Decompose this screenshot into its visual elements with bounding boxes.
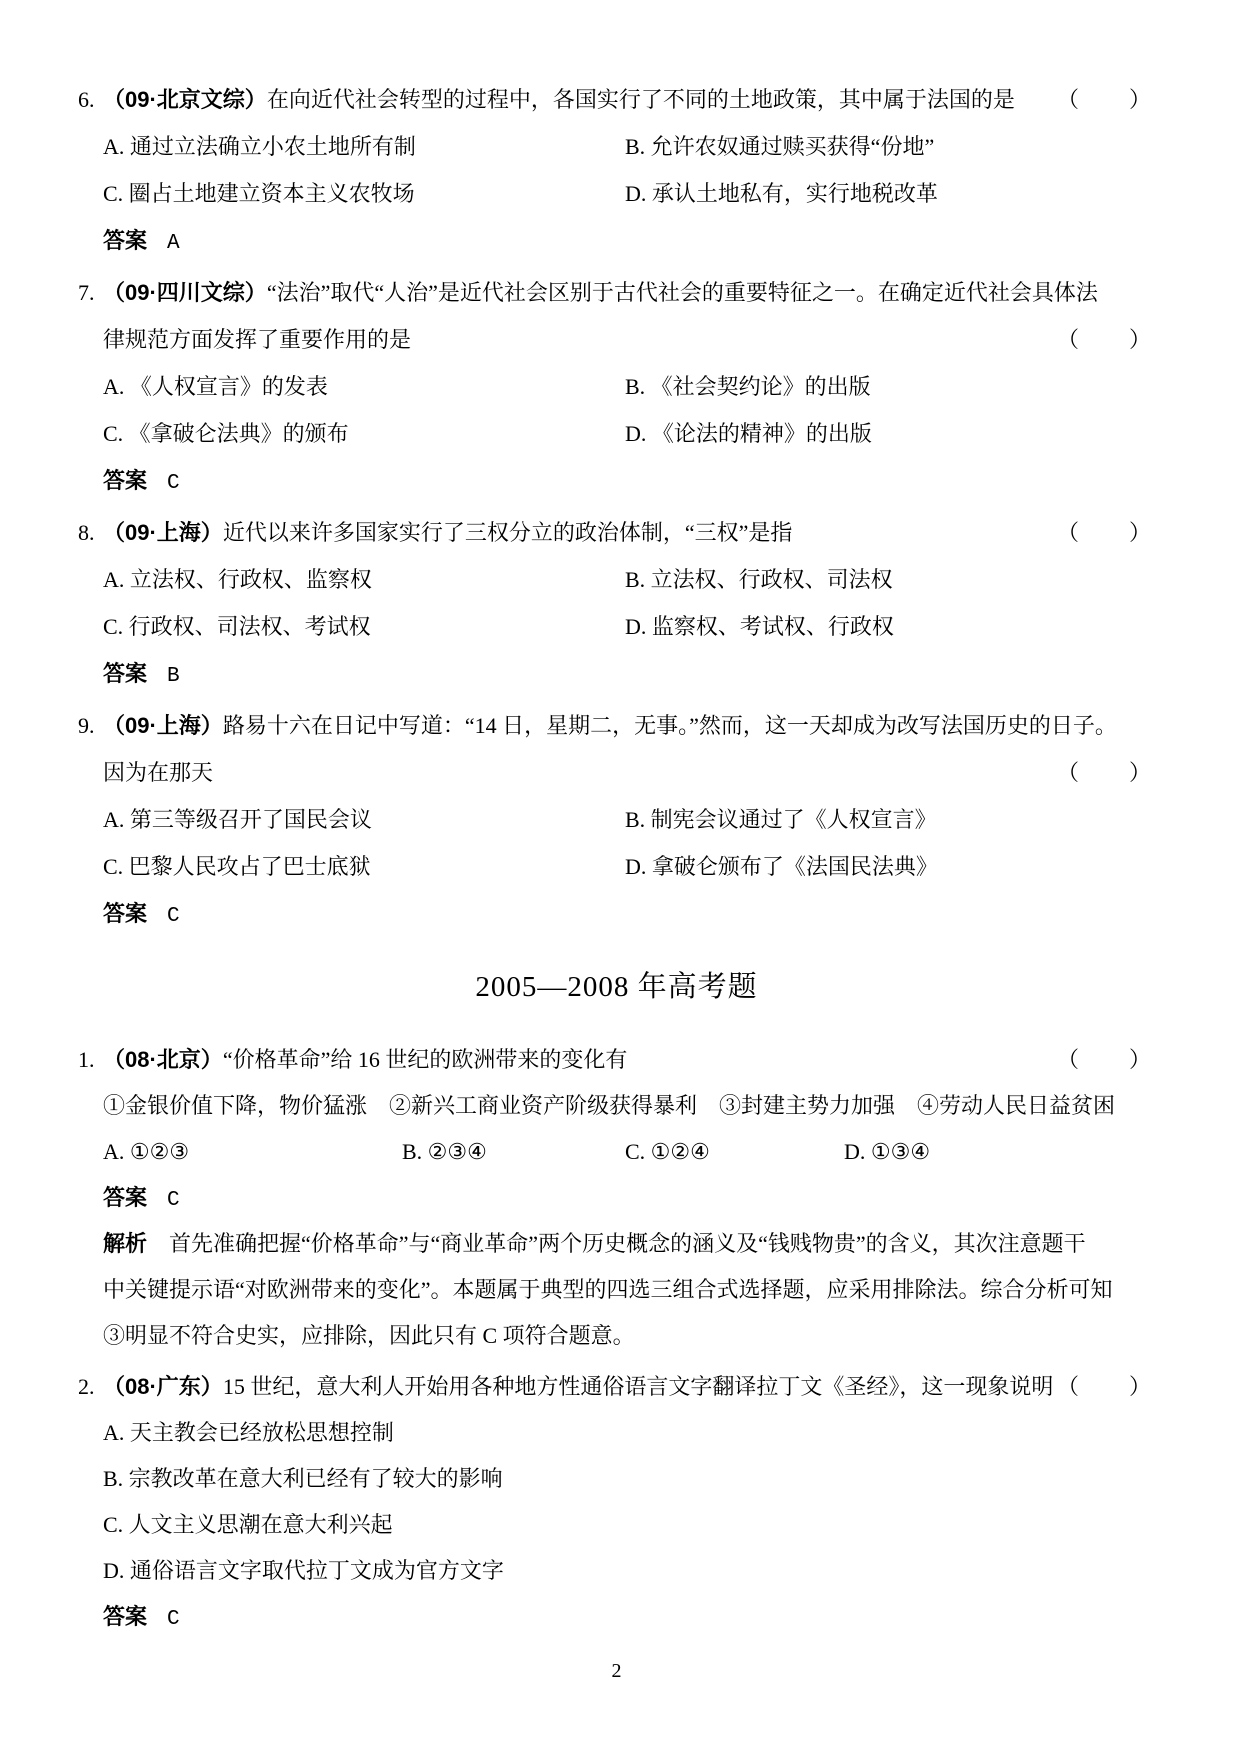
question-9-options-ab: A. 第三等级召开了国民会议B. 制宪会议通过了《人权宣言》 [103,796,1155,843]
answer-bracket: （ ） [1057,749,1153,796]
page-number: 2 [78,1656,1155,1686]
question-2: 2.（08·广东）15 世纪，意大利人开始用各种地方性通俗语言文字翻译拉丁文《圣… [78,1364,1155,1640]
option-a: A. 第三等级召开了国民会议 [103,796,625,843]
question-7: 7.（09·四川文综）“法治”取代“人治”是近代社会区别于古代社会的重要特征之一… [78,269,1155,504]
question-1-options-row: A. ①②③B. ②③④C. ①②④D. ①③④ [103,1129,1155,1175]
question-6: 6.（09·北京文综）在向近代社会转型的过程中，各国实行了不同的土地政策，其中属… [78,76,1155,264]
answer-bracket: （ ） [1057,76,1153,123]
question-1: 1.（08·北京）“价格革命”给 16 世纪的欧洲带来的变化有 （ ） ①金银价… [78,1037,1155,1359]
question-8: 8.（09·上海）近代以来许多国家实行了三权分立的政治体制，“三权”是指 （ ）… [78,509,1155,697]
option-d: D. 通俗语言文字取代拉丁文成为官方文字 [103,1558,504,1583]
answer-label: 答案 [103,1604,147,1629]
section-title: 2005—2008 年高考题 [78,937,1155,1037]
question-source: （09·上海） [103,520,223,545]
option-d: D. 《论法的精神》的出版 [625,421,872,446]
question-source: （09·上海） [103,713,223,738]
answer-bracket: （ ） [1057,1364,1153,1410]
question-9-answer-row: 答案C [103,890,1155,937]
question-stem: 在向近代社会转型的过程中，各国实行了不同的土地政策，其中属于法国的是 [267,87,1015,112]
question-9-options-cd: C. 巴黎人民攻占了巴士底狱D. 拿破仑颁布了《法国民法典》 [103,843,1155,890]
question-6-answer-row: 答案A [103,217,1155,264]
answer-value: B [167,665,180,688]
option-c: C. 圈占土地建立资本主义农牧场 [103,170,625,217]
answer-bracket: （ ） [1057,316,1153,363]
question-7-stem-row-1: 7.（09·四川文综）“法治”取代“人治”是近代社会区别于古代社会的重要特征之一… [78,269,1155,316]
analysis-text: 首先准确把握“价格革命”与“商业革命”两个历史概念的涵义及“钱贱物贵”的含义，其… [169,1231,1086,1256]
question-number: 1. [78,1037,103,1083]
option-a: A. 天主教会已经放松思想控制 [103,1420,394,1445]
option-b: B. 《社会契约论》的出版 [625,374,871,399]
question-2-option-b-row: B. 宗教改革在意大利已经有了较大的影响 [103,1456,1155,1502]
option-a: A. 《人权宣言》的发表 [103,363,625,410]
question-number: 2. [78,1364,103,1410]
question-stem-continued: 因为在那天 [103,760,213,785]
answer-value: C [167,905,180,928]
answer-value: A [167,232,180,255]
question-stem: “法治”取代“人治”是近代社会区别于古代社会的重要特征之一。在确定近代社会具体法 [267,280,1098,305]
question-2-option-d-row: D. 通俗语言文字取代拉丁文成为官方文字 [103,1548,1155,1594]
option-b: B. 制宪会议通过了《人权宣言》 [625,807,937,832]
option-d: D. ①③④ [844,1139,930,1164]
question-9-stem-row-1: 9.（09·上海）路易十六在日记中写道：“14 日，星期二，无事。”然而，这一天… [78,702,1155,749]
question-7-options-ab: A. 《人权宣言》的发表B. 《社会契约论》的出版 [103,363,1155,410]
question-2-answer-row: 答案C [103,1594,1155,1640]
question-9: 9.（09·上海）路易十六在日记中写道：“14 日，星期二，无事。”然而，这一天… [78,702,1155,937]
analysis-label: 解析 [103,1231,147,1256]
question-number: 6. [78,76,103,123]
question-6-options-cd: C. 圈占土地建立资本主义农牧场D. 承认土地私有，实行地税改革 [103,170,1155,217]
option-b: B. ②③④ [402,1129,625,1175]
question-1-numbered-items: ①金银价值下降，物价猛涨 ②新兴工商业资产阶级获得暴利 ③封建主势力加强 ④劳动… [103,1083,1155,1129]
question-1-answer-row: 答案C [103,1175,1155,1221]
question-7-options-cd: C. 《拿破仑法典》的颁布D. 《论法的精神》的出版 [103,410,1155,457]
question-number: 7. [78,269,103,316]
option-b: B. 宗教改革在意大利已经有了较大的影响 [103,1466,503,1491]
option-c: C. ①②④ [625,1129,844,1175]
section-2005-2008: 1.（08·北京）“价格革命”给 16 世纪的欧洲带来的变化有 （ ） ①金银价… [78,1037,1155,1640]
question-6-stem-row: 6.（09·北京文综）在向近代社会转型的过程中，各国实行了不同的土地政策，其中属… [78,76,1155,123]
question-stem-continued: 律规范方面发挥了重要作用的是 [103,327,411,352]
question-9-stem-row-2: 因为在那天 （ ） [103,749,1155,796]
question-1-analysis-row-2: 中关键提示语“对欧洲带来的变化”。本题属于典型的四选三组合式选择题，应采用排除法… [103,1267,1155,1313]
answer-label: 答案 [103,468,147,493]
question-stem: “价格革命”给 16 世纪的欧洲带来的变化有 [223,1047,628,1072]
question-8-answer-row: 答案B [103,650,1155,697]
question-2-option-c-row: C. 人文主义思潮在意大利兴起 [103,1502,1155,1548]
numbered-items-text: ①金银价值下降，物价猛涨 ②新兴工商业资产阶级获得暴利 ③封建主势力加强 ④劳动… [103,1093,1115,1118]
option-b: B. 允许农奴通过赎买获得“份地” [625,134,934,159]
question-7-answer-row: 答案C [103,457,1155,504]
answer-label: 答案 [103,901,147,926]
option-c: C. 《拿破仑法典》的颁布 [103,410,625,457]
answer-value: C [167,472,180,495]
question-source: （08·广东） [103,1374,223,1399]
option-c: C. 巴黎人民攻占了巴士底狱 [103,843,625,890]
question-stem: 近代以来许多国家实行了三权分立的政治体制，“三权”是指 [223,520,793,545]
option-c: C. 人文主义思潮在意大利兴起 [103,1512,393,1537]
question-1-analysis-row-3: ③明显不符合史实，应排除，因此只有 C 项符合题意。 [103,1313,1155,1359]
answer-label: 答案 [103,661,147,686]
option-a: A. 立法权、行政权、监察权 [103,556,625,603]
question-8-options-cd: C. 行政权、司法权、考试权D. 监察权、考试权、行政权 [103,603,1155,650]
question-stem: 15 世纪，意大利人开始用各种地方性通俗语言文字翻译拉丁文《圣经》，这一现象说明 [223,1374,1054,1399]
answer-label: 答案 [103,1185,147,1210]
question-number: 9. [78,702,103,749]
analysis-text-continued: ③明显不符合史实，应排除，因此只有 C 项符合题意。 [103,1323,635,1348]
question-2-stem-row: 2.（08·广东）15 世纪，意大利人开始用各种地方性通俗语言文字翻译拉丁文《圣… [78,1364,1155,1410]
analysis-text-continued: 中关键提示语“对欧洲带来的变化”。本题属于典型的四选三组合式选择题，应采用排除法… [103,1277,1113,1302]
option-d: D. 监察权、考试权、行政权 [625,614,894,639]
question-1-stem-row: 1.（08·北京）“价格革命”给 16 世纪的欧洲带来的变化有 （ ） [78,1037,1155,1083]
option-a: A. 通过立法确立小农土地所有制 [103,123,625,170]
question-source: （09·四川文综） [103,280,267,305]
option-d: D. 拿破仑颁布了《法国民法典》 [625,854,938,879]
answer-value: C [167,1608,180,1631]
question-6-options-ab: A. 通过立法确立小农土地所有制B. 允许农奴通过赎买获得“份地” [103,123,1155,170]
option-c: C. 行政权、司法权、考试权 [103,603,625,650]
answer-value: C [167,1189,180,1212]
document-page: 6.（09·北京文综）在向近代社会转型的过程中，各国实行了不同的土地政策，其中属… [0,0,1241,1754]
question-1-analysis-row-1: 解析首先准确把握“价格革命”与“商业革命”两个历史概念的涵义及“钱贱物贵”的含义… [103,1221,1155,1267]
option-b: B. 立法权、行政权、司法权 [625,567,893,592]
question-number: 8. [78,509,103,556]
answer-bracket: （ ） [1057,1037,1153,1083]
question-source: （08·北京） [103,1047,223,1072]
option-d: D. 承认土地私有，实行地税改革 [625,181,938,206]
question-7-stem-row-2: 律规范方面发挥了重要作用的是 （ ） [103,316,1155,363]
question-stem: 路易十六在日记中写道：“14 日，星期二，无事。”然而，这一天却成为改写法国历史… [223,713,1117,738]
question-source: （09·北京文综） [103,87,267,112]
answer-label: 答案 [103,228,147,253]
question-8-options-ab: A. 立法权、行政权、监察权B. 立法权、行政权、司法权 [103,556,1155,603]
question-2-option-a-row: A. 天主教会已经放松思想控制 [103,1410,1155,1456]
answer-bracket: （ ） [1057,509,1153,556]
option-a: A. ①②③ [103,1129,402,1175]
question-8-stem-row: 8.（09·上海）近代以来许多国家实行了三权分立的政治体制，“三权”是指 （ ） [78,509,1155,556]
